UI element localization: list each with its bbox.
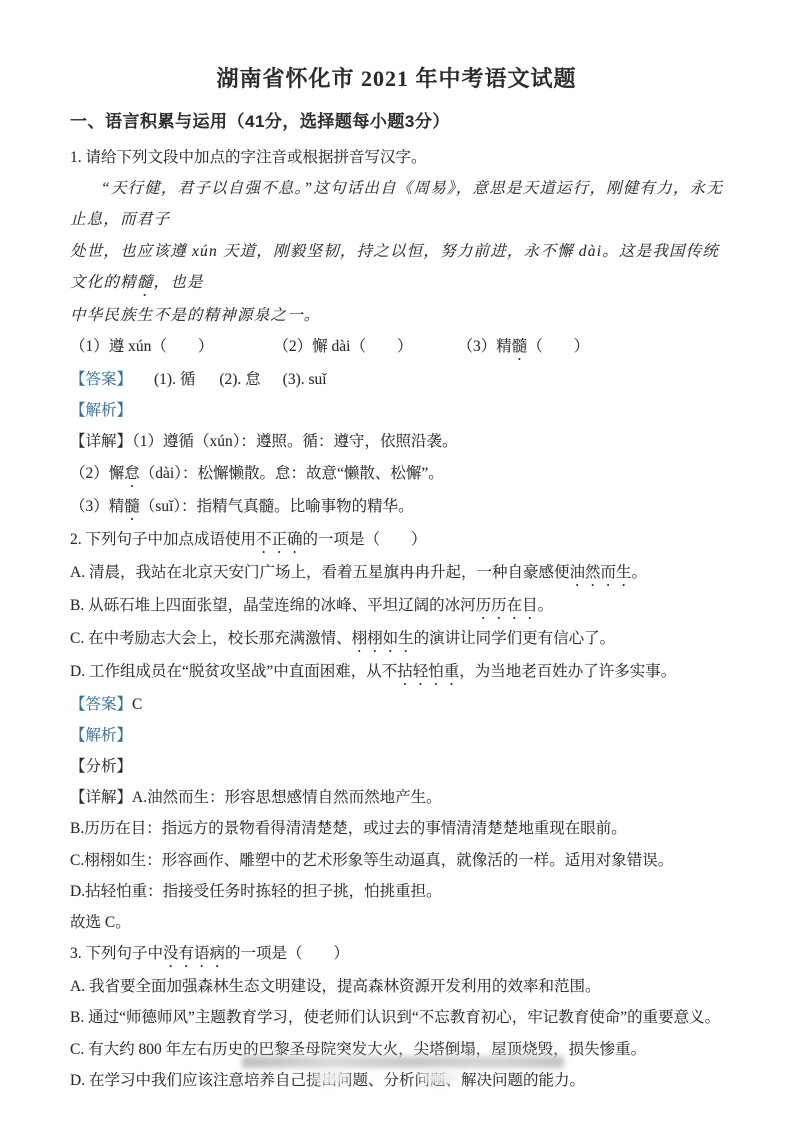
- q3-option-b: B. 通过“师德师风”主题教育学习，使老师们认识到“不忘教育初心，牢记教育使命”…: [70, 1002, 735, 1033]
- emphasized-text: 髓: [137, 274, 154, 291]
- q2-detail-a: 【详解】A.油然而生：形容思想感情自然而然地产生。: [70, 782, 735, 813]
- text-segment: B.历历在目：指远方的景物看得清清楚楚，或过去的事情清清楚楚地重现在眼前。: [70, 820, 627, 837]
- text-segment: （3）精: [457, 338, 511, 355]
- spacer: [132, 383, 154, 384]
- q2-option-a: A. 清晨，我站在北京天安门广场上，看着五星旗冉冉升起，一种自豪感便油然而生。: [70, 557, 735, 590]
- emphasized-text: 不正确: [256, 531, 303, 548]
- text-segment: （ ）: [527, 338, 589, 355]
- text-segment: (1). 循: [154, 371, 195, 388]
- text-segment: (2). 怠: [219, 371, 260, 388]
- text-segment: D.拈轻怕重：指接受任务时拣轻的担子挑，怕挑重担。: [70, 883, 442, 900]
- emphasized-text: 髓: [124, 498, 140, 515]
- text-segment: 3. 下列句子中: [70, 945, 163, 962]
- watermark-smudge: [420, 1071, 458, 1084]
- text-segment: “天行健，君子以自强不息。”这句话出自《周易》，意思是天道运行，刚健有力，永无止…: [70, 180, 723, 228]
- text-segment: 【答案】: [70, 371, 132, 388]
- document-page: 湖南省怀化市 2021 年中考语文试题 一、语言积累与运用（41分，选择题每小题…: [0, 0, 793, 1122]
- q1-analysis-label: 【解析】: [70, 395, 735, 426]
- text-segment: （dài）：松懈懒散。怠：故意“懒散、松懈”。: [140, 465, 444, 482]
- q1-detail-2: （2）懈怠（dài）：松懈懒散。怠：故意“懒散、松懈”。: [70, 458, 735, 491]
- q2-option-b: B. 从砾石堆上四面张望，晶莹连绵的冰峰、平坦辽阔的冰河历历在目。: [70, 590, 735, 623]
- text-segment: A. 我省要全面加强森林生态文明建设，提高森林资源开发利用的效率和范围。: [70, 978, 600, 995]
- text-segment: （2）懈 dài（ ）: [273, 338, 412, 355]
- text-segment: 【详解】A.油然而生：形容思想感情自然而然地产生。: [70, 789, 442, 806]
- text-segment: D. 工作组成员在“脱贫攻坚战”中直面困难，从不: [70, 663, 397, 680]
- text-segment: 的一项是（ ）: [225, 945, 349, 962]
- text-segment: 故选 C。: [70, 914, 131, 931]
- q2-analysis-label: 【解析】: [70, 720, 735, 751]
- text-segment: 【解析】: [70, 727, 132, 744]
- text-segment: 【解析】: [70, 402, 132, 419]
- q3-option-d: D. 在学习中我们应该注意培养自己提出问题、分析问题、解决问题的能力。: [70, 1065, 735, 1096]
- q2-analysis2-label: 【分析】: [70, 751, 735, 782]
- q1-stem: 1. 请给下列文段中加点的字注音或根据拼音写汉字。: [70, 142, 735, 173]
- q1-blanks: （1）遵 xún（ ）（2）懈 dài（ ）（3）精髓（ ）: [70, 331, 735, 364]
- q3-stem: 3. 下列句子中没有语病的一项是（ ）: [70, 938, 735, 971]
- spacer: [195, 383, 219, 384]
- q1-detail-1: 【详解】（1）遵循（xún）：遵照。循：遵守，依照沿袭。: [70, 426, 735, 457]
- watermark-smudge: [312, 1071, 350, 1084]
- emphasized-text: 怠: [124, 465, 140, 482]
- text-segment: 【答案】: [70, 696, 132, 713]
- emphasized-text: 拈轻怕重: [397, 663, 459, 680]
- q2-detail-d: D.拈轻怕重：指接受任务时拣轻的担子挑，怕挑重担。: [70, 876, 735, 907]
- q2-conclusion: 故选 C。: [70, 907, 735, 938]
- q2-option-c: C. 在中考励志大会上，校长那充满激情、栩栩如生的演讲让同学们更有信心了。: [70, 623, 735, 656]
- text-segment: 。: [538, 597, 554, 614]
- emphasized-text: 没有语病: [163, 945, 225, 962]
- text-segment: B. 从砾石堆上四面张望，晶莹连绵的冰峰、平坦辽阔的冰河: [70, 597, 476, 614]
- text-segment: 【分析】: [70, 758, 132, 775]
- page-title: 湖南省怀化市 2021 年中考语文试题: [0, 0, 793, 96]
- emphasized-text: 油然而生: [569, 564, 631, 581]
- spacer: [261, 383, 283, 384]
- section-heading: 一、语言积累与运用（41分，选择题每小题3分）: [70, 110, 731, 134]
- text-segment: ，也是: [154, 274, 204, 291]
- q1-passage-line2: 处世，也应该遵 xún 天道，刚毅坚韧，持之以恒，努力前进，永不懈 dài。这是…: [70, 236, 735, 300]
- emphasized-text: 历历在目: [476, 597, 538, 614]
- spacer: [213, 350, 273, 351]
- emphasized-text: 髓: [512, 338, 528, 355]
- text-segment: 中华民族生不是的精神源泉之一。: [70, 307, 321, 324]
- q3-option-a: A. 我省要全面加强森林生态文明建设，提高森林资源开发利用的效率和范围。: [70, 971, 735, 1002]
- emphasized-text: 栩栩如生: [352, 630, 414, 647]
- text-segment: C.栩栩如生：形容画作、雕塑中的艺术形象等生动逼真，就像活的一样。适用对象错误。: [70, 852, 673, 869]
- q2-detail-c: C.栩栩如生：形容画作、雕塑中的艺术形象等生动逼真，就像活的一样。适用对象错误。: [70, 845, 735, 876]
- q2-detail-b: B.历历在目：指远方的景物看得清清楚楚，或过去的事情清清楚楚地重现在眼前。: [70, 813, 735, 844]
- text-segment: ，为当地老百姓办了许多实事。: [459, 663, 676, 680]
- text-segment: 1. 请给下列文段中加点的字注音或根据拼音写汉字。: [70, 149, 427, 166]
- text-segment: 【详解】（1）遵循（xún）：遵照。循：遵守，依照沿袭。: [70, 433, 458, 450]
- text-segment: (3). suǐ: [283, 371, 327, 388]
- watermark-blur: [242, 1056, 564, 1068]
- text-segment: （2）懈: [70, 465, 124, 482]
- text-segment: （suǐ）：指精气真髓。比喻事物的精华。: [140, 498, 414, 515]
- q2-answer: 【答案】C: [70, 689, 735, 720]
- q1-detail-3: （3）精髓（suǐ）：指精气真髓。比喻事物的精华。: [70, 491, 735, 524]
- q1-passage-line1: “天行健，君子以自强不息。”这句话出自《周易》，意思是天道运行，刚健有力，永无止…: [70, 173, 735, 235]
- text-segment: （3）精: [70, 498, 124, 515]
- q2-option-d: D. 工作组成员在“脱贫攻坚战”中直面困难，从不拈轻怕重，为当地老百姓办了许多实…: [70, 656, 735, 689]
- text-segment: C: [132, 696, 142, 713]
- q1-answer: 【答案】(1). 循(2). 怠(3). suǐ: [70, 364, 735, 395]
- text-segment: C. 在中考励志大会上，校长那充满激情、: [70, 630, 352, 647]
- text-segment: 2. 下列句子中加点成语使用: [70, 531, 256, 548]
- text-segment: 的一项是（ ）: [303, 531, 427, 548]
- spacer: [412, 350, 457, 351]
- q2-stem: 2. 下列句子中加点成语使用不正确的一项是（ ）: [70, 524, 735, 557]
- text-segment: 的演讲让同学们更有信心了。: [414, 630, 616, 647]
- text-segment: （1）遵 xún（ ）: [70, 338, 213, 355]
- text-segment: A. 清晨，我站在北京天安门广场上，看着五星旗冉冉升起，一种自豪感便: [70, 564, 569, 581]
- text-segment: B. 通过“师德师风”主题教育学习，使老师们认识到“不忘教育初心，牢记教育使命”…: [70, 1009, 720, 1026]
- q1-passage-line3: 中华民族生不是的精神源泉之一。: [70, 300, 735, 331]
- text-segment: 。: [631, 564, 647, 581]
- content-lines: 1. 请给下列文段中加点的字注音或根据拼音写汉字。“天行健，君子以自强不息。”这…: [70, 142, 735, 1096]
